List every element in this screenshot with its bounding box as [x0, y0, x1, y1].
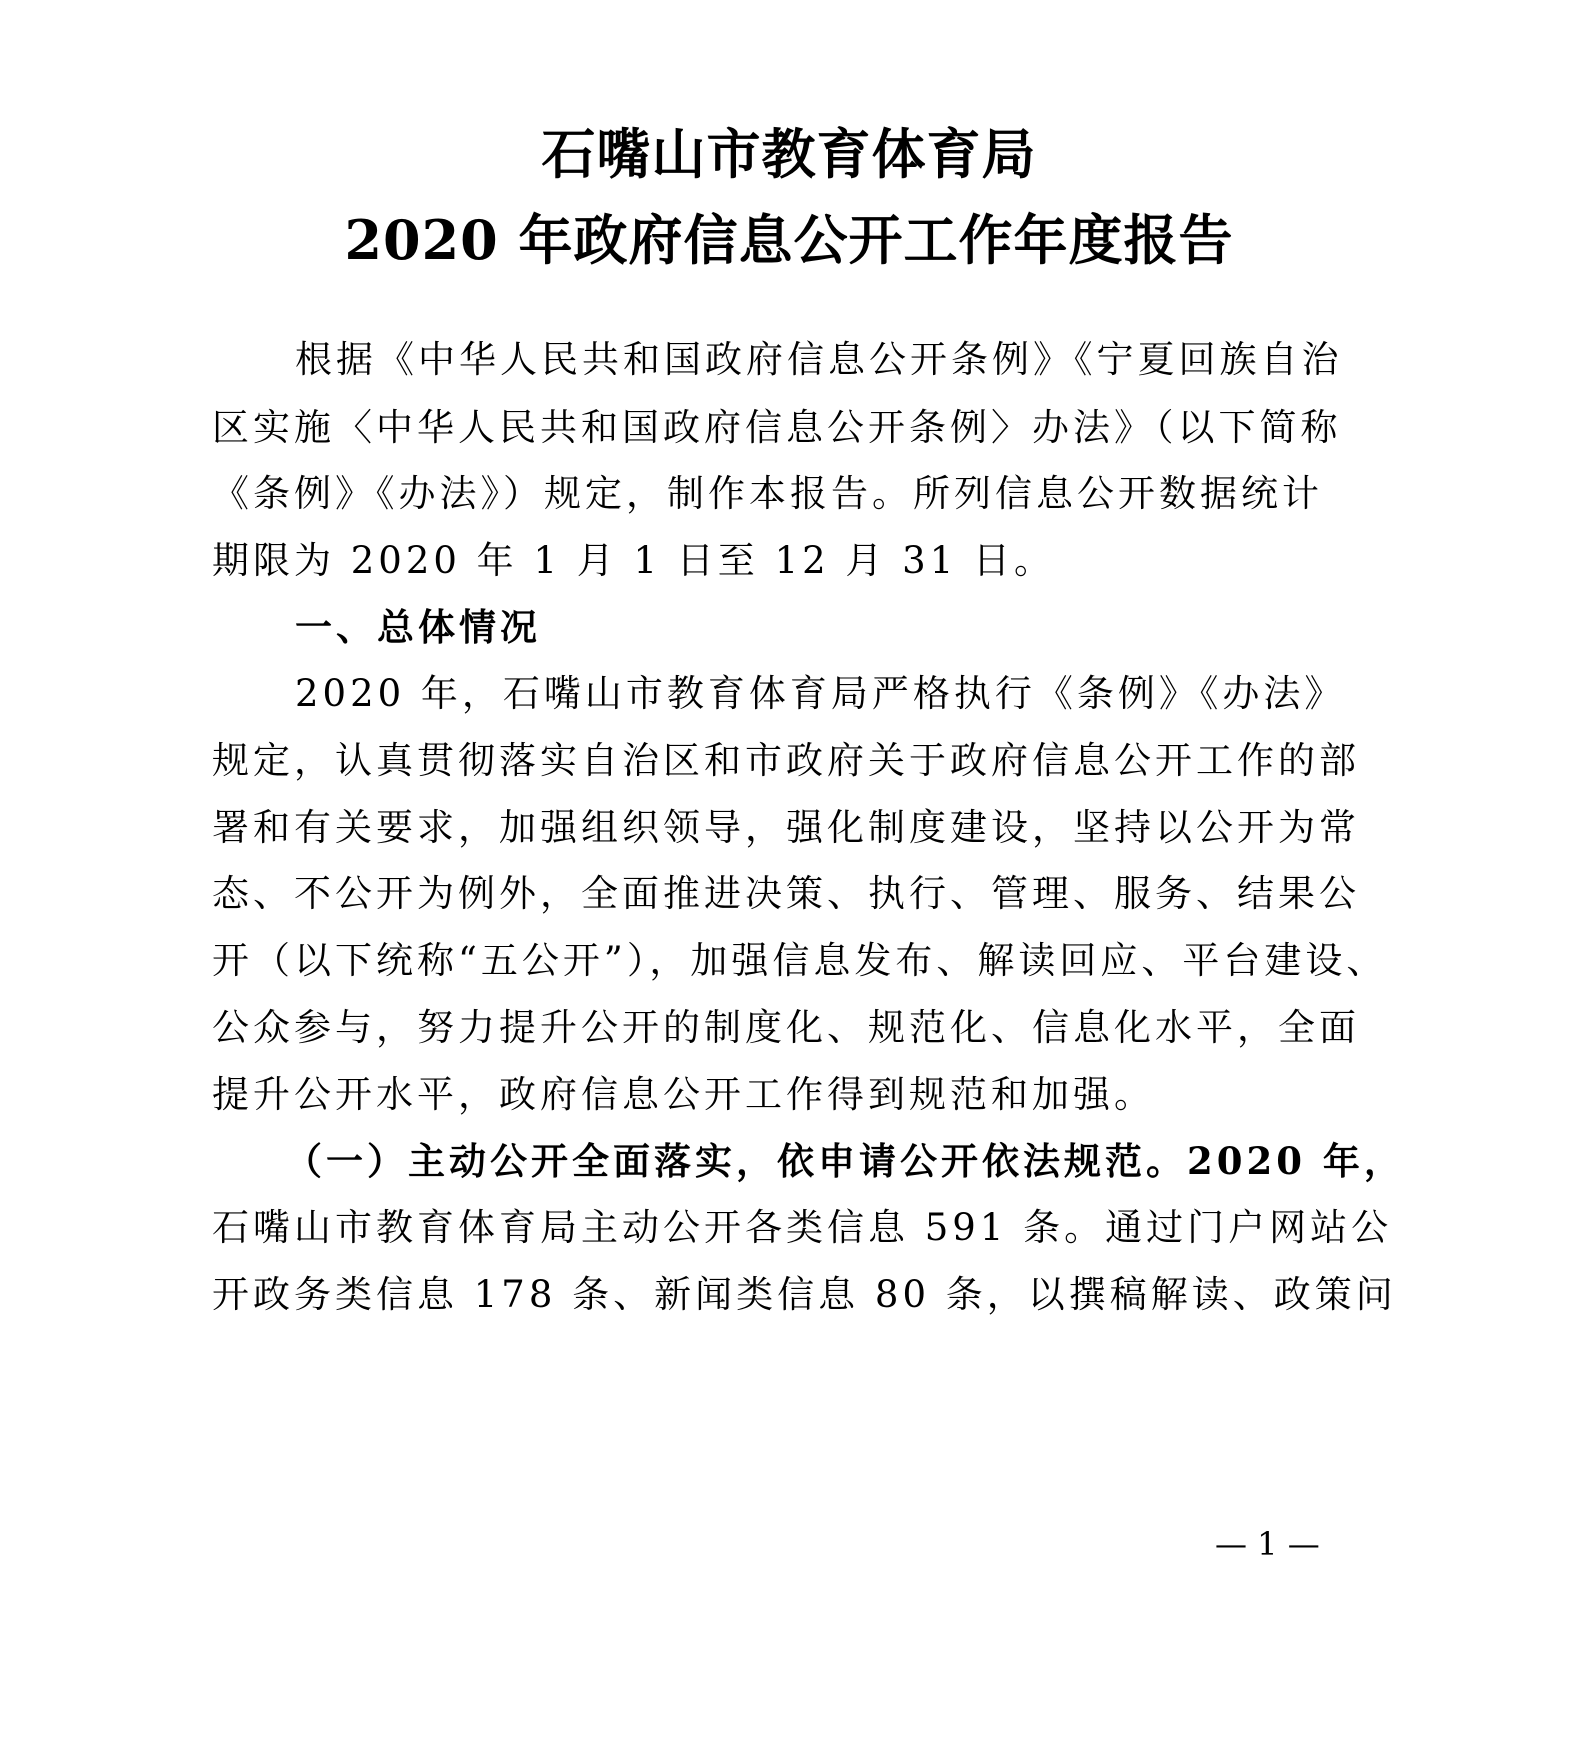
paragraph-line: 石嘴山市教育体育局主动公开各类信息 591 条。通过门户网站公: [212, 1191, 1382, 1265]
paragraph-line: 提升公开水平，政府信息公开工作得到规范和加强。: [212, 1058, 1382, 1132]
paragraph-line: 区实施〈中华人民共和国政府信息公开条例〉办法》（以下简称: [212, 391, 1382, 465]
paragraph-line: 规定，认真贯彻落实自治区和市政府关于政府信息公开工作的部: [212, 724, 1382, 798]
paragraph-line: 《条例》《办法》）规定，制作本报告。所列信息公开数据统计: [212, 457, 1382, 531]
paragraph-line: 根据《中华人民共和国政府信息公开条例》《宁夏回族自治: [295, 323, 1382, 397]
paragraph-line: 公众参与，努力提升公开的制度化、规范化、信息化水平，全面: [212, 991, 1382, 1065]
paragraph-line: 2020 年，石嘴山市教育体育局严格执行《条例》《办法》: [295, 657, 1382, 731]
paragraph-line: 开（以下统称“五公开”），加强信息发布、解读回应、平台建设、: [212, 924, 1382, 998]
paragraph-line: 期限为 2020 年 1 月 1 日至 12 月 31 日。: [212, 524, 1382, 598]
paragraph-line: 开政务类信息 178 条、新闻类信息 80 条，以撰稿解读、政策问: [212, 1258, 1382, 1332]
section-heading: 一、总体情况: [295, 590, 1382, 664]
page-number: — 1 —: [1215, 1525, 1320, 1563]
document-title-line2: 2020 年政府信息公开工作年度报告: [0, 198, 1578, 275]
subsection-heading: （一）主动公开全面落实，依申请公开依法规范。2020 年，: [285, 1124, 1372, 1198]
paragraph-line: 态、不公开为例外，全面推进决策、执行、管理、服务、结果公: [212, 857, 1382, 931]
document-title-line1: 石嘴山市教育体育局: [0, 112, 1578, 189]
paragraph-line: 署和有关要求，加强组织领导，强化制度建设，坚持以公开为常: [212, 791, 1382, 865]
